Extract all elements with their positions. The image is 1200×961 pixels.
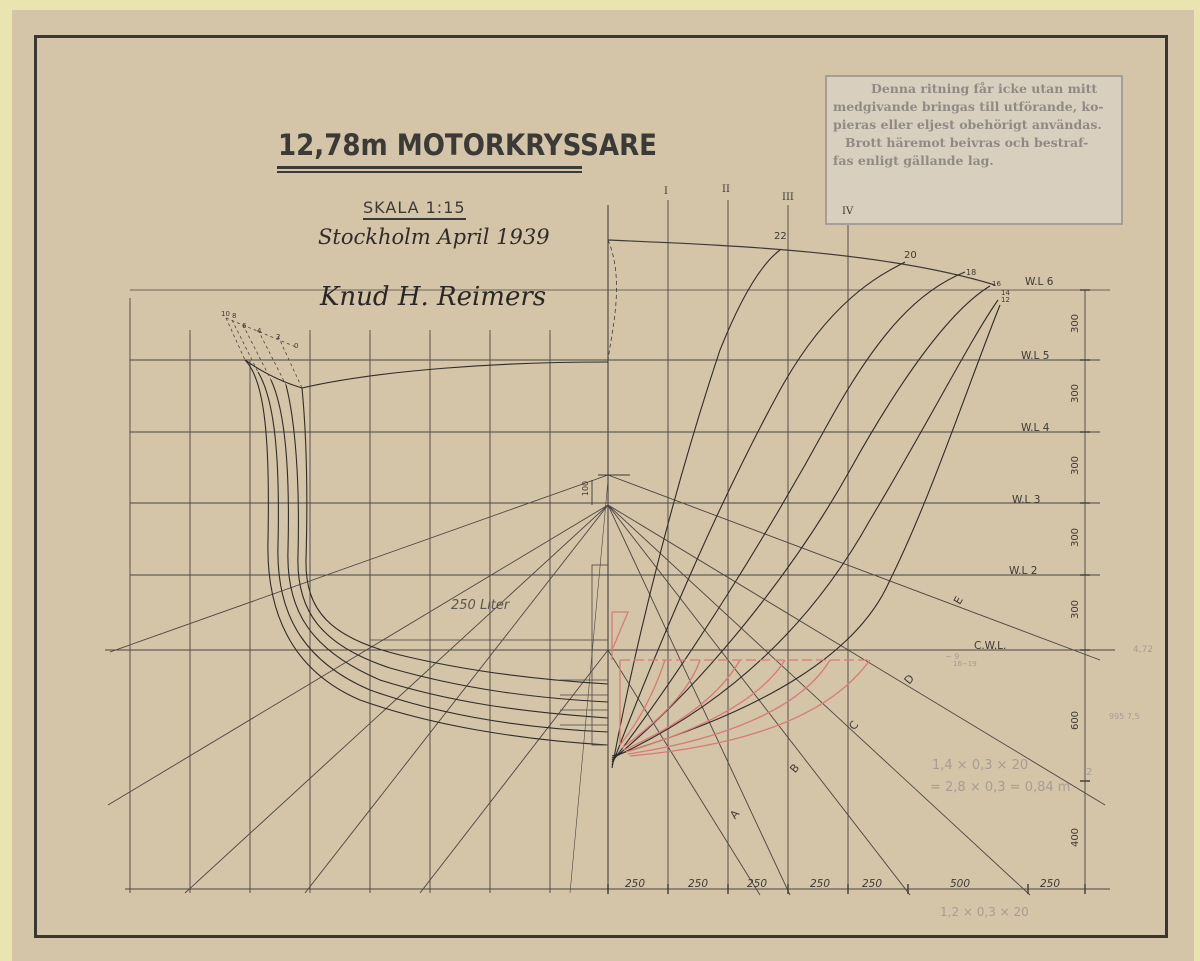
dim-wl2-cwl: 300 (1070, 600, 1081, 619)
title-underline (277, 166, 582, 169)
notice-line-2: medgivande bringas till utförande, ko- (833, 98, 1115, 116)
dim-h-3: 250 (747, 878, 767, 890)
dim-h-5: 250 (862, 878, 882, 890)
dim-cwl-keel: 600 (1070, 711, 1081, 730)
buttock-label-4: IV (842, 206, 853, 217)
pencil-small-note-2: 16−19 (953, 660, 977, 668)
station-12: 12 (1001, 296, 1010, 304)
dim-wl5-wl4: 300 (1070, 384, 1081, 403)
dim-wl3-wl2: 300 (1070, 528, 1081, 547)
station-20: 20 (904, 250, 917, 261)
dim-wl4-wl3: 300 (1070, 456, 1081, 475)
station-10: 10 (221, 310, 230, 318)
notice-line-3: pieras eller eljest obehörigt användas. (833, 116, 1115, 134)
station-2: 2 (276, 333, 280, 341)
waterline-2-label: W.L 2 (1009, 565, 1037, 577)
scale-label: SKALA 1:15 (363, 198, 466, 220)
title-underline-2 (277, 171, 582, 173)
pencil-calc-1: 1,4 × 0,3 × 20 (932, 758, 1028, 773)
station-4: 4 (257, 327, 261, 335)
waterline-5-label: W.L 5 (1021, 350, 1049, 362)
signature: Knud H. Reimers (320, 282, 546, 312)
pencil-margin-note: 995 7,5 (1109, 712, 1140, 721)
notice-line-1: Denna ritning får icke utan mitt (833, 80, 1115, 98)
copyright-notice-stamp: Denna ritning får icke utan mitt medgiva… (825, 75, 1123, 225)
station-16: 16 (992, 280, 1001, 288)
station-8: 8 (232, 312, 236, 320)
buttock-label-2: II (722, 184, 730, 195)
pencil-calc-3: 1,2 × 0,3 × 20 (940, 905, 1029, 919)
dim-wl6-wl5: 300 (1070, 314, 1081, 333)
dim-h-1: 250 (625, 878, 645, 890)
waterline-4-label: W.L 4 (1021, 422, 1049, 434)
station-22: 22 (774, 231, 787, 242)
station-0: 0 (294, 342, 298, 350)
dim-keel-base: 400 (1070, 828, 1081, 847)
station-18: 18 (966, 268, 976, 277)
dim-h-6: 500 (950, 878, 970, 890)
pencil-mark-2: 2 (1086, 767, 1092, 778)
notice-line-4: Brott häremot beivras och bestraf- (833, 134, 1115, 152)
notice-line-5: fas enligt gällande lag. (833, 152, 1115, 170)
buttock-label-1: I (664, 186, 668, 197)
tank-capacity-note: 250 Liter (451, 598, 509, 613)
pencil-side-note: 4,72 (1133, 645, 1153, 655)
waterline-6-label: W.L 6 (1025, 276, 1053, 288)
construction-waterline-label: C.W.L. (974, 640, 1006, 652)
dim-h-7: 250 (1040, 878, 1060, 890)
buttock-label-3: III (782, 192, 794, 203)
station-6: 6 (242, 322, 246, 330)
centre-offset-dimension: 100 (581, 481, 590, 496)
drawing-title: 12,78m MOTORKRYSSARE (278, 128, 657, 162)
pencil-calc-2: = 2,8 × 0,3 = 0,84 m (930, 780, 1070, 795)
dim-h-4: 250 (810, 878, 830, 890)
dim-h-2: 250 (688, 878, 708, 890)
waterline-3-label: W.L 3 (1012, 494, 1040, 506)
place-date: Stockholm April 1939 (318, 225, 550, 249)
